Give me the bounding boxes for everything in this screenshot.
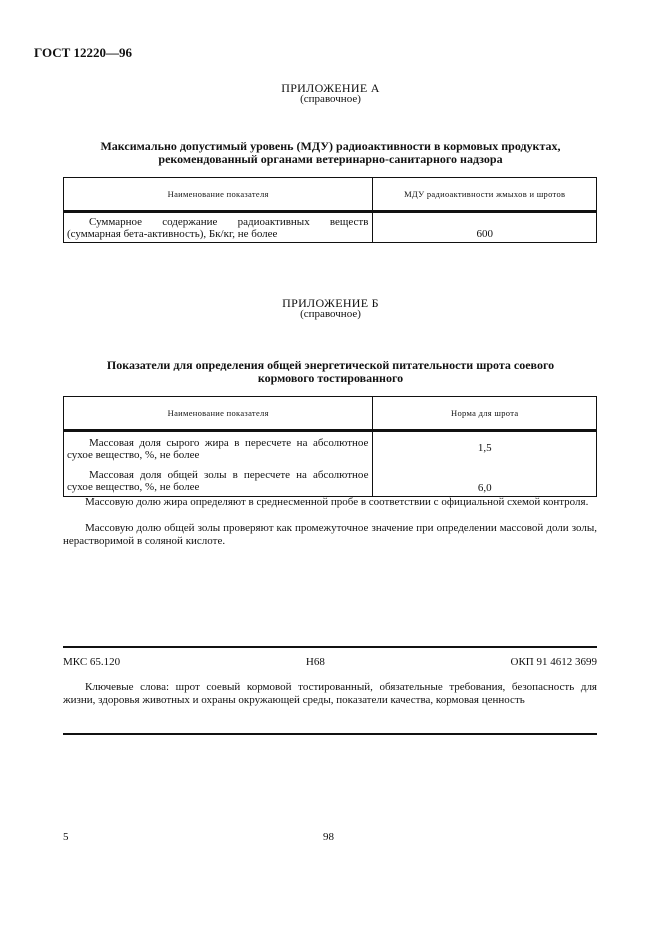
column-header: Наименование показателя [64,397,373,431]
group-code: Н68 [306,656,325,668]
okp-code: ОКП 91 4612 3699 [511,656,597,668]
appendix-a-heading: Максимально допустимый уровень (МДУ) рад… [60,140,601,166]
appendix-a-table: Наименование показателя МДУ радиоактивно… [63,177,597,243]
indicator-value: 600 [373,212,597,243]
appendix-b-subtitle: (справочное) [0,308,661,320]
indicator-value: 6,0 [373,466,597,497]
appendix-b-heading: Показатели для определения общей энергет… [60,359,601,385]
standard-number: ГОСТ 12220—96 [34,45,132,61]
table-header-row: Наименование показателя Норма для шрота [64,397,597,431]
table-row: Массовая доля сырого жира в пересчете на… [64,431,597,467]
indicator-value: 1,5 [373,431,597,467]
divider [63,646,597,648]
indicator-name: Массовая доля общей золы в пересчете на … [64,466,373,497]
column-header: МДУ радиоактивности жмыхов и шротов [373,178,597,212]
note-paragraph: Массовую долю жира определяют в среднесм… [63,496,597,509]
appendix-a-heading-line2: рекомендованный органами ветеринарно-сан… [60,153,601,166]
column-header: Наименование показателя [64,178,373,212]
divider [63,733,597,735]
keywords: Ключевые слова: шрот соевый кормовой тос… [63,681,597,707]
appendix-b-heading-line2: кормового тостированного [60,372,601,385]
table-row: Массовая доля общей золы в пересчете на … [64,466,597,497]
page-number-center: 98 [323,831,334,843]
mks-code: МКС 65.120 [63,656,120,668]
table-row: Суммарное содержание радиоактивных вещес… [64,212,597,243]
page-number-left: 5 [63,831,69,843]
note-paragraph: Массовую долю общей золы проверяют как п… [63,522,597,548]
appendix-a-subtitle: (справочное) [0,93,661,105]
indicator-name: Суммарное содержание радиоактивных вещес… [64,212,373,243]
classification-codes: МКС 65.120 Н68 ОКП 91 4612 3699 [63,656,597,668]
appendix-b-table: Наименование показателя Норма для шрота … [63,396,597,497]
column-header: Норма для шрота [373,397,597,431]
table-header-row: Наименование показателя МДУ радиоактивно… [64,178,597,212]
indicator-name: Массовая доля сырого жира в пересчете на… [64,431,373,467]
